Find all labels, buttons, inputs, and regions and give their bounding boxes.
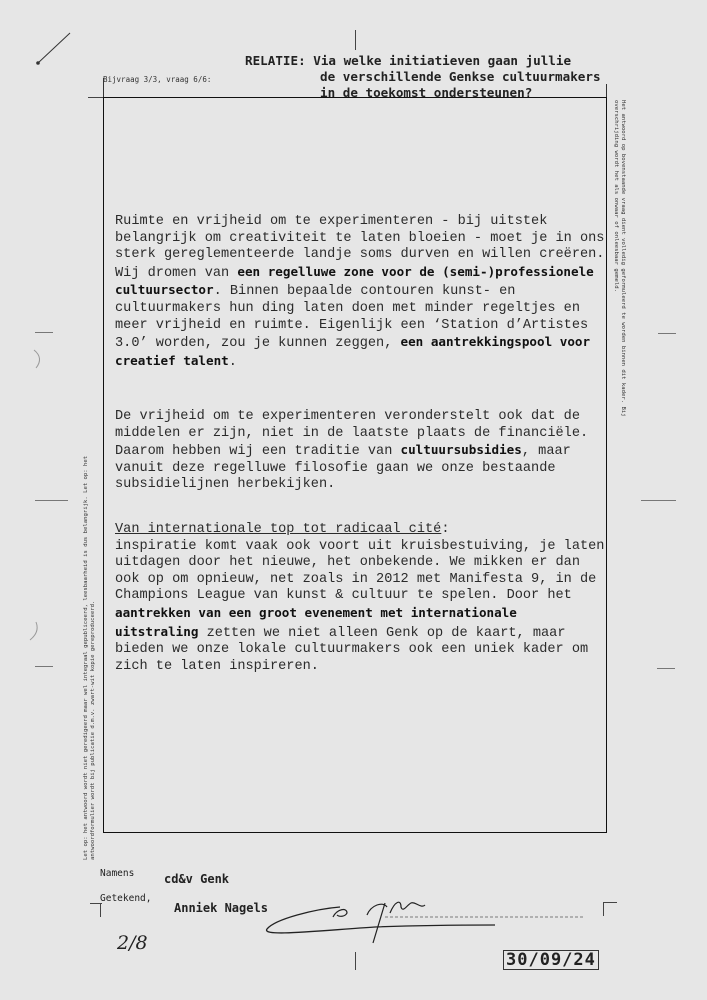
question-header: RELATIE: Via welke initiatieven gaan jul…	[245, 53, 571, 69]
date-stamp: 30/09/24	[503, 950, 599, 970]
margin-mark	[658, 333, 676, 334]
section-heading: Van internationale top tot radicaal cité	[115, 522, 441, 537]
scan-mark-icon	[30, 25, 80, 70]
margin-mark	[35, 332, 53, 333]
answer-paragraph-1: Ruimte en vrijheid om te experimenteren …	[115, 214, 605, 371]
namens-value: cd&v Genk	[164, 872, 229, 886]
question-line-1: Via welke initiatieven gaan jullie	[313, 53, 571, 68]
margin-mark	[657, 668, 675, 669]
getekend-value: Anniek Nagels	[174, 901, 268, 915]
margin-mark	[641, 500, 676, 501]
footer-tick	[100, 903, 101, 917]
handwritten-page-number: 2/8	[117, 932, 148, 954]
punch-hole-icon	[32, 348, 46, 370]
left-margin-note: Let op: het antwoord wordt niet geredige…	[83, 440, 97, 860]
bottom-center-tick	[355, 952, 356, 970]
signature-icon	[255, 895, 595, 950]
footer-tick-right	[603, 902, 604, 916]
margin-mark	[35, 666, 53, 667]
punch-hole-icon	[28, 620, 42, 642]
namens-label: Namens	[100, 868, 134, 879]
margin-mark	[35, 500, 68, 501]
getekend-label: Getekend,	[100, 893, 151, 904]
header-tick-left	[103, 78, 104, 98]
subquestion-label: Bijvraag 3/3, vraag 6/6:	[103, 75, 211, 84]
relation-label: RELATIE:	[245, 53, 306, 68]
answer-paragraph-2: De vrijheid om te experimenteren veronde…	[115, 409, 605, 494]
header-rule-left	[88, 97, 103, 98]
header-tick-right	[606, 84, 607, 98]
center-tick	[355, 30, 356, 50]
right-margin-note: Het antwoord op bovenstaande vraag dient…	[612, 100, 626, 440]
question-line-2: de verschillende Genkse cultuurmakers	[320, 69, 601, 85]
footer-rule-right	[603, 902, 617, 903]
emphasis: cultuursubsidies	[401, 442, 522, 457]
answer-paragraph-3: Van internationale top tot radicaal cité…	[115, 522, 605, 675]
